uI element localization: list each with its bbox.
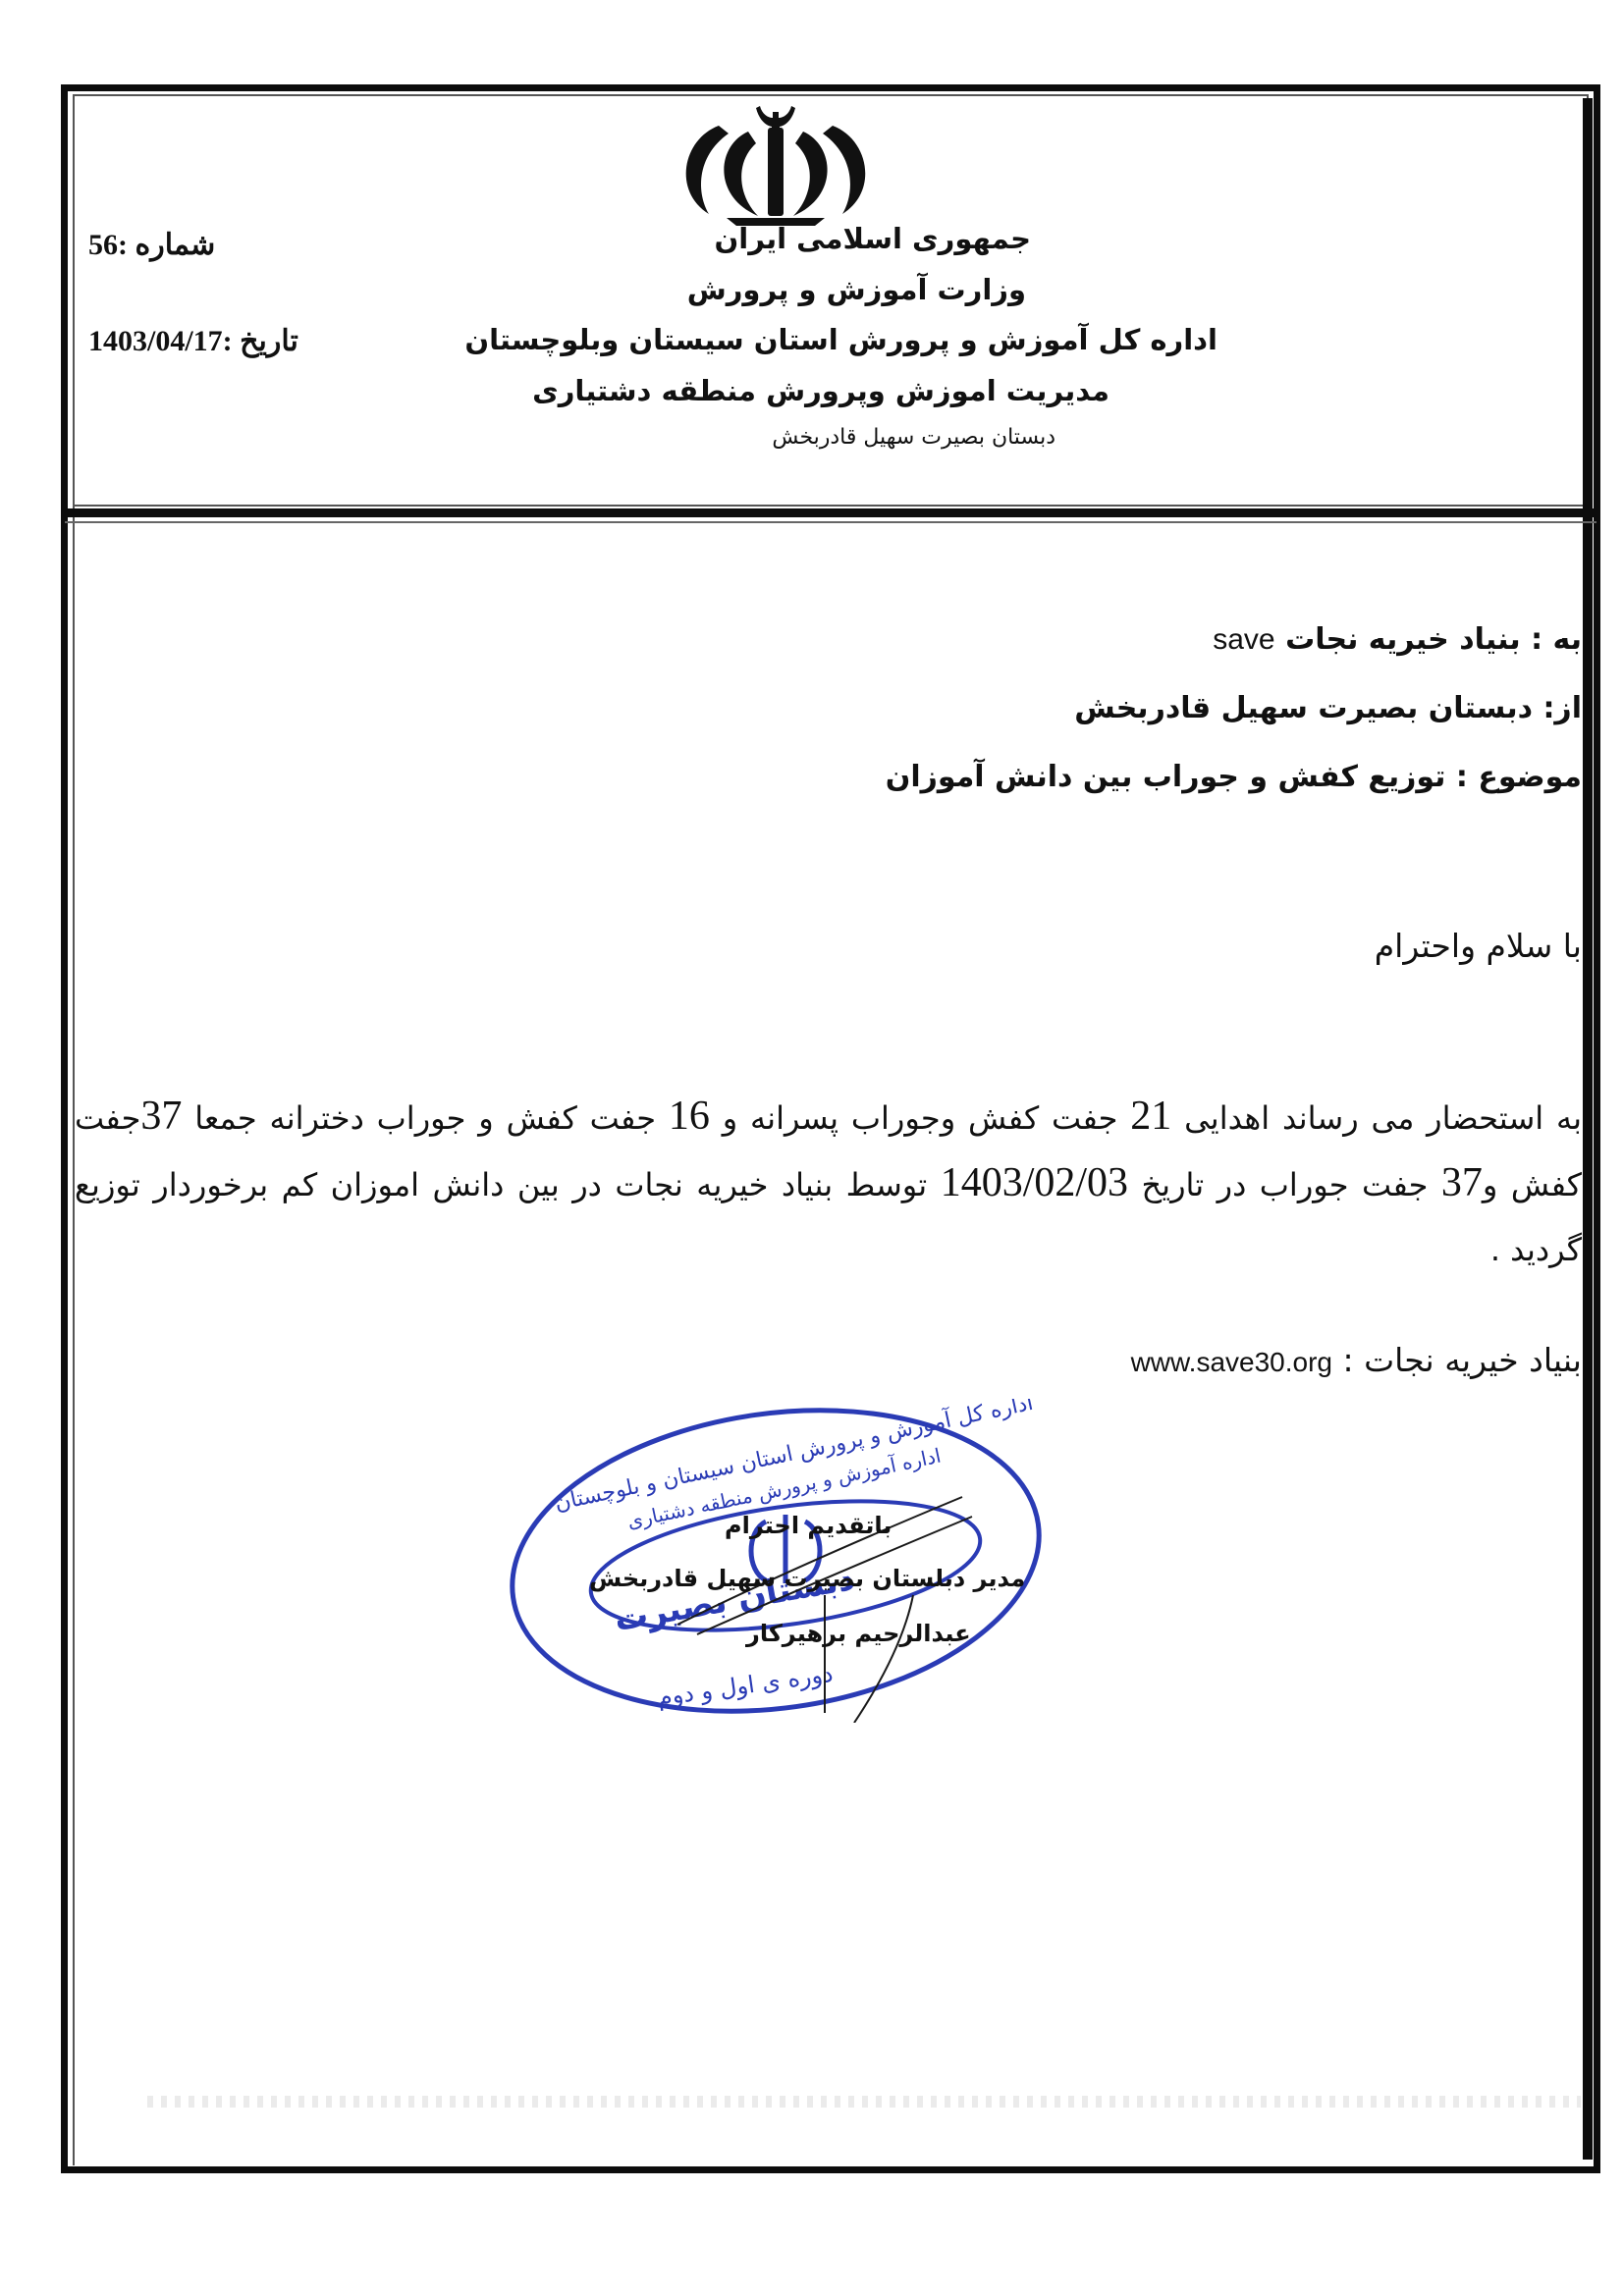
girls-pairs-count: 16 <box>669 1094 710 1139</box>
letter-number: شماره :56 <box>88 228 215 262</box>
letter-date: تاریخ :1403/04/17 <box>88 324 298 358</box>
letter-date-value: 1403/04/17 <box>88 325 223 357</box>
recipient-suffix: save <box>1213 623 1274 656</box>
letterhead-province-office: اداره کل آموزش و پرورش استان سیستان وبلو… <box>464 323 1217 356</box>
letterhead-school: دبستان بصیرت سهیل قادربخش <box>772 425 1055 450</box>
boys-pairs-count: 21 <box>1130 1094 1171 1139</box>
letter-number-label: شماره : <box>118 229 215 261</box>
header-divider <box>65 508 1596 517</box>
iran-emblem-icon <box>658 98 893 231</box>
svg-text:اداره کل آموزش و پرورش استان س: اداره کل آموزش و پرورش استان سیستان و بل… <box>552 1399 1035 1517</box>
letter-date-label: تاریخ : <box>223 325 298 357</box>
website-label: بنیاد خیریه نجات : <box>1343 1341 1583 1379</box>
website-url[interactable]: www.save30.org <box>1131 1347 1332 1377</box>
letter-number-value: 56 <box>88 229 118 261</box>
letterhead-country: جمهوری اسلامی ایران <box>715 222 1031 255</box>
distribution-date: 1403/02/03 <box>941 1160 1128 1205</box>
recipient-label: به : بنیاد خیریه نجات <box>1285 622 1582 657</box>
signature-name: عبدالرحیم برهیرکار <box>746 1620 971 1647</box>
subject-line: موضوع : توزیع کفش و جوراب بین دانش آموزا… <box>886 760 1582 794</box>
body-text: جفت جوراب در تاریخ <box>1142 1166 1429 1203</box>
letterhead-district-office: مدیریت اموزش وپرورش منطقه دشتیاری <box>532 374 1109 407</box>
letterhead-ministry: وزارت آموزش و پرورش <box>687 273 1026 306</box>
sender-line: از: دبستان بصیرت سهیل قادربخش <box>1074 691 1582 725</box>
website-line: بنیاد خیریه نجات : www.save30.org <box>1131 1341 1582 1379</box>
header-divider-thin <box>65 521 1596 523</box>
body-text: به استحضار می رساند اهدایی <box>1184 1099 1582 1137</box>
body-text: جفت کفش و جوراب دخترانه جمعا <box>194 1099 656 1137</box>
greeting: با سلام واحترام <box>1375 927 1582 965</box>
letter-body: به استحضار می رساند اهدایی 21 جفت کفش وج… <box>75 1084 1582 1282</box>
total-shoes-count: 37 <box>140 1094 182 1139</box>
total-socks-count: 37 <box>1441 1160 1483 1205</box>
school-stamp-icon: اداره کل آموزش و پرورش استان سیستان و بل… <box>501 1399 1051 1723</box>
signature-closing: باتقدیم احترام <box>725 1512 892 1539</box>
body-text: جفت کفش وجوراب پسرانه و <box>723 1099 1118 1137</box>
scan-artifact <box>147 2096 1581 2108</box>
inner-border-right <box>1583 98 1593 2160</box>
recipient-line: به : بنیاد خیریه نجات save <box>1213 622 1582 657</box>
signature-title: مدیر دبلستان بصیرت سهیل قادربخش <box>589 1565 1025 1592</box>
